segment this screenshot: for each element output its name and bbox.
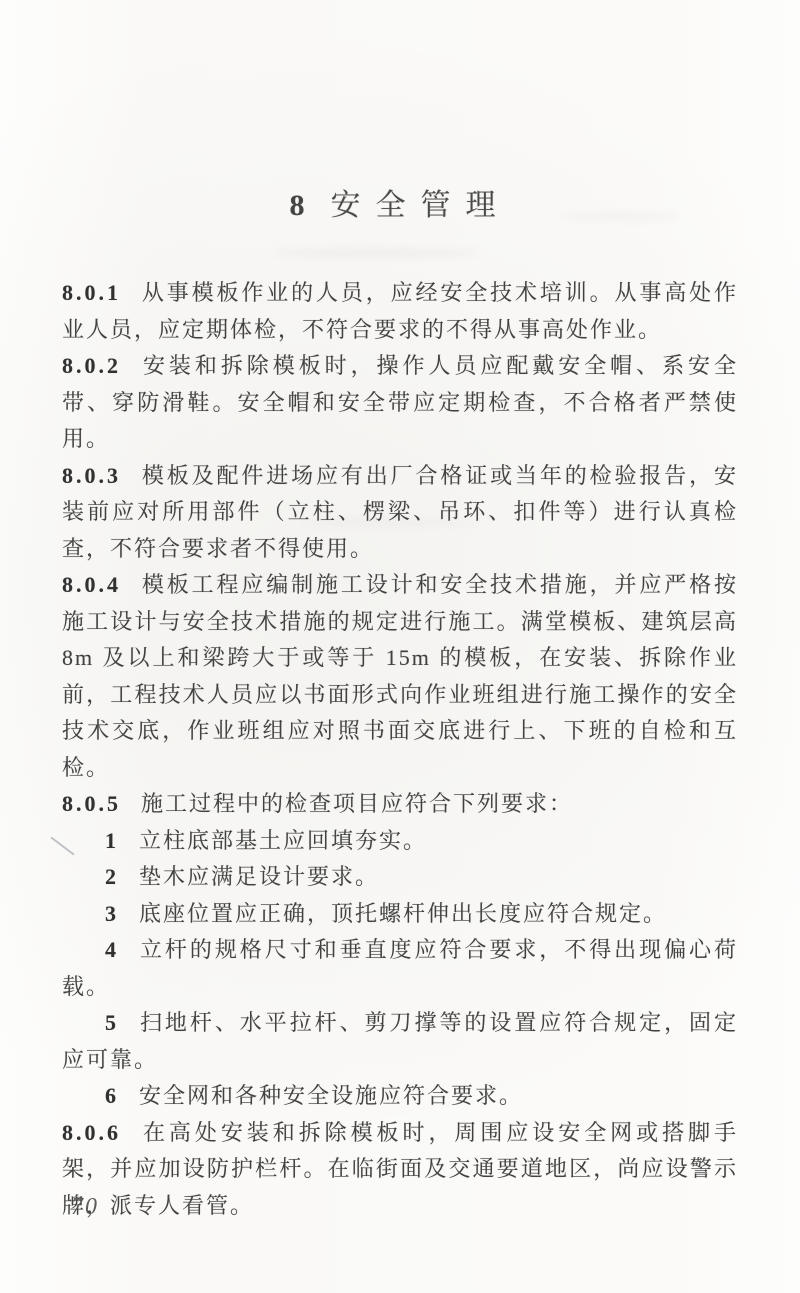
item-text: 底座位置应正确，顶托螺杆伸出长度应符合规定。 bbox=[139, 901, 667, 926]
scan-smudge bbox=[270, 248, 480, 258]
clause-paragraph: 8.0.4模板工程应编制施工设计和安全技术措施，并应严格按施工设计与安全技术措施… bbox=[62, 567, 738, 786]
clause-text: 安装和拆除模板时，操作人员应配戴安全帽、系安全带、穿防滑鞋。安全帽和安全带应定期… bbox=[62, 353, 738, 451]
item-number: 4 bbox=[105, 937, 118, 962]
clause-text: 模板工程应编制施工设计和安全技术措施，并应严格按施工设计与安全技术措施的规定进行… bbox=[62, 572, 738, 780]
clause-paragraph: 8.0.6在高处安装和拆除模板时，周围应设安全网或搭脚手架，并应加设防护栏杆。在… bbox=[62, 1115, 738, 1225]
clause-paragraph: 8.0.5施工过程中的检查项目应符合下列要求： bbox=[62, 786, 738, 823]
item-number: 5 bbox=[105, 1010, 118, 1035]
item-text: 立柱底部基土应回填夯实。 bbox=[139, 828, 427, 853]
clause-text: 模板及配件进场应有出厂合格证或当年的检验报告，安装前应对所用部件（立柱、楞梁、吊… bbox=[62, 463, 738, 561]
clause-text: 在高处安装和拆除模板时，周围应设安全网或搭脚手架，并应加设防护栏杆。在临街面及交… bbox=[62, 1120, 738, 1218]
document-page: 8安全管理 8.0.1从事模板作业的人员，应经安全技术培训。从事高处作业人员，应… bbox=[0, 0, 800, 1293]
clause-number: 8.0.6 bbox=[62, 1120, 121, 1145]
item-text: 立杆的规格尺寸和垂直度应符合要求，不得出现偏心荷载。 bbox=[62, 937, 738, 999]
list-item: 1立柱底部基土应回填夯实。 bbox=[62, 823, 738, 860]
item-number: 1 bbox=[105, 828, 118, 853]
clause-paragraph: 8.0.3模板及配件进场应有出厂合格证或当年的检验报告，安装前应对所用部件（立柱… bbox=[62, 458, 738, 568]
item-number: 6 bbox=[105, 1083, 118, 1108]
clause-number: 8.0.3 bbox=[62, 463, 121, 488]
clause-text: 施工过程中的检查项目应符合下列要求： bbox=[141, 791, 573, 816]
chapter-title: 安全管理 bbox=[331, 189, 511, 222]
clauses-body: 8.0.1从事模板作业的人员，应经安全技术培训。从事高处作业人员，应定期体检，不… bbox=[62, 275, 738, 1224]
list-item: 2垫木应满足设计要求。 bbox=[62, 859, 738, 896]
item-text: 扫地杆、水平拉杆、剪刀撑等的设置应符合规定，固定应可靠。 bbox=[62, 1010, 738, 1072]
chapter-heading: 8安全管理 bbox=[0, 180, 800, 224]
clause-paragraph: 8.0.2安装和拆除模板时，操作人员应配戴安全帽、系安全带、穿防滑鞋。安全帽和安… bbox=[62, 348, 738, 458]
clause-number: 8.0.4 bbox=[62, 572, 121, 597]
list-item: 4立杆的规格尺寸和垂直度应符合要求，不得出现偏心荷载。 bbox=[62, 932, 738, 1005]
item-text: 垫木应满足设计要求。 bbox=[139, 864, 379, 889]
item-number: 3 bbox=[105, 901, 118, 926]
clause-number: 8.0.2 bbox=[62, 353, 121, 378]
item-number: 2 bbox=[105, 864, 118, 889]
page-number: 70 bbox=[71, 1194, 99, 1221]
chapter-number: 8 bbox=[290, 189, 305, 222]
list-item: 6安全网和各种安全设施应符合要求。 bbox=[62, 1078, 738, 1115]
list-item: 5扫地杆、水平拉杆、剪刀撑等的设置应符合规定，固定应可靠。 bbox=[62, 1005, 738, 1078]
clause-text: 从事模板作业的人员，应经安全技术培训。从事高处作业人员，应定期体检，不符合要求的… bbox=[62, 280, 738, 342]
item-text: 安全网和各种安全设施应符合要求。 bbox=[139, 1083, 523, 1108]
clause-number: 8.0.1 bbox=[62, 280, 121, 305]
clause-paragraph: 8.0.1从事模板作业的人员，应经安全技术培训。从事高处作业人员，应定期体检，不… bbox=[62, 275, 738, 348]
list-item: 3底座位置应正确，顶托螺杆伸出长度应符合规定。 bbox=[62, 896, 738, 933]
clause-number: 8.0.5 bbox=[62, 791, 121, 816]
